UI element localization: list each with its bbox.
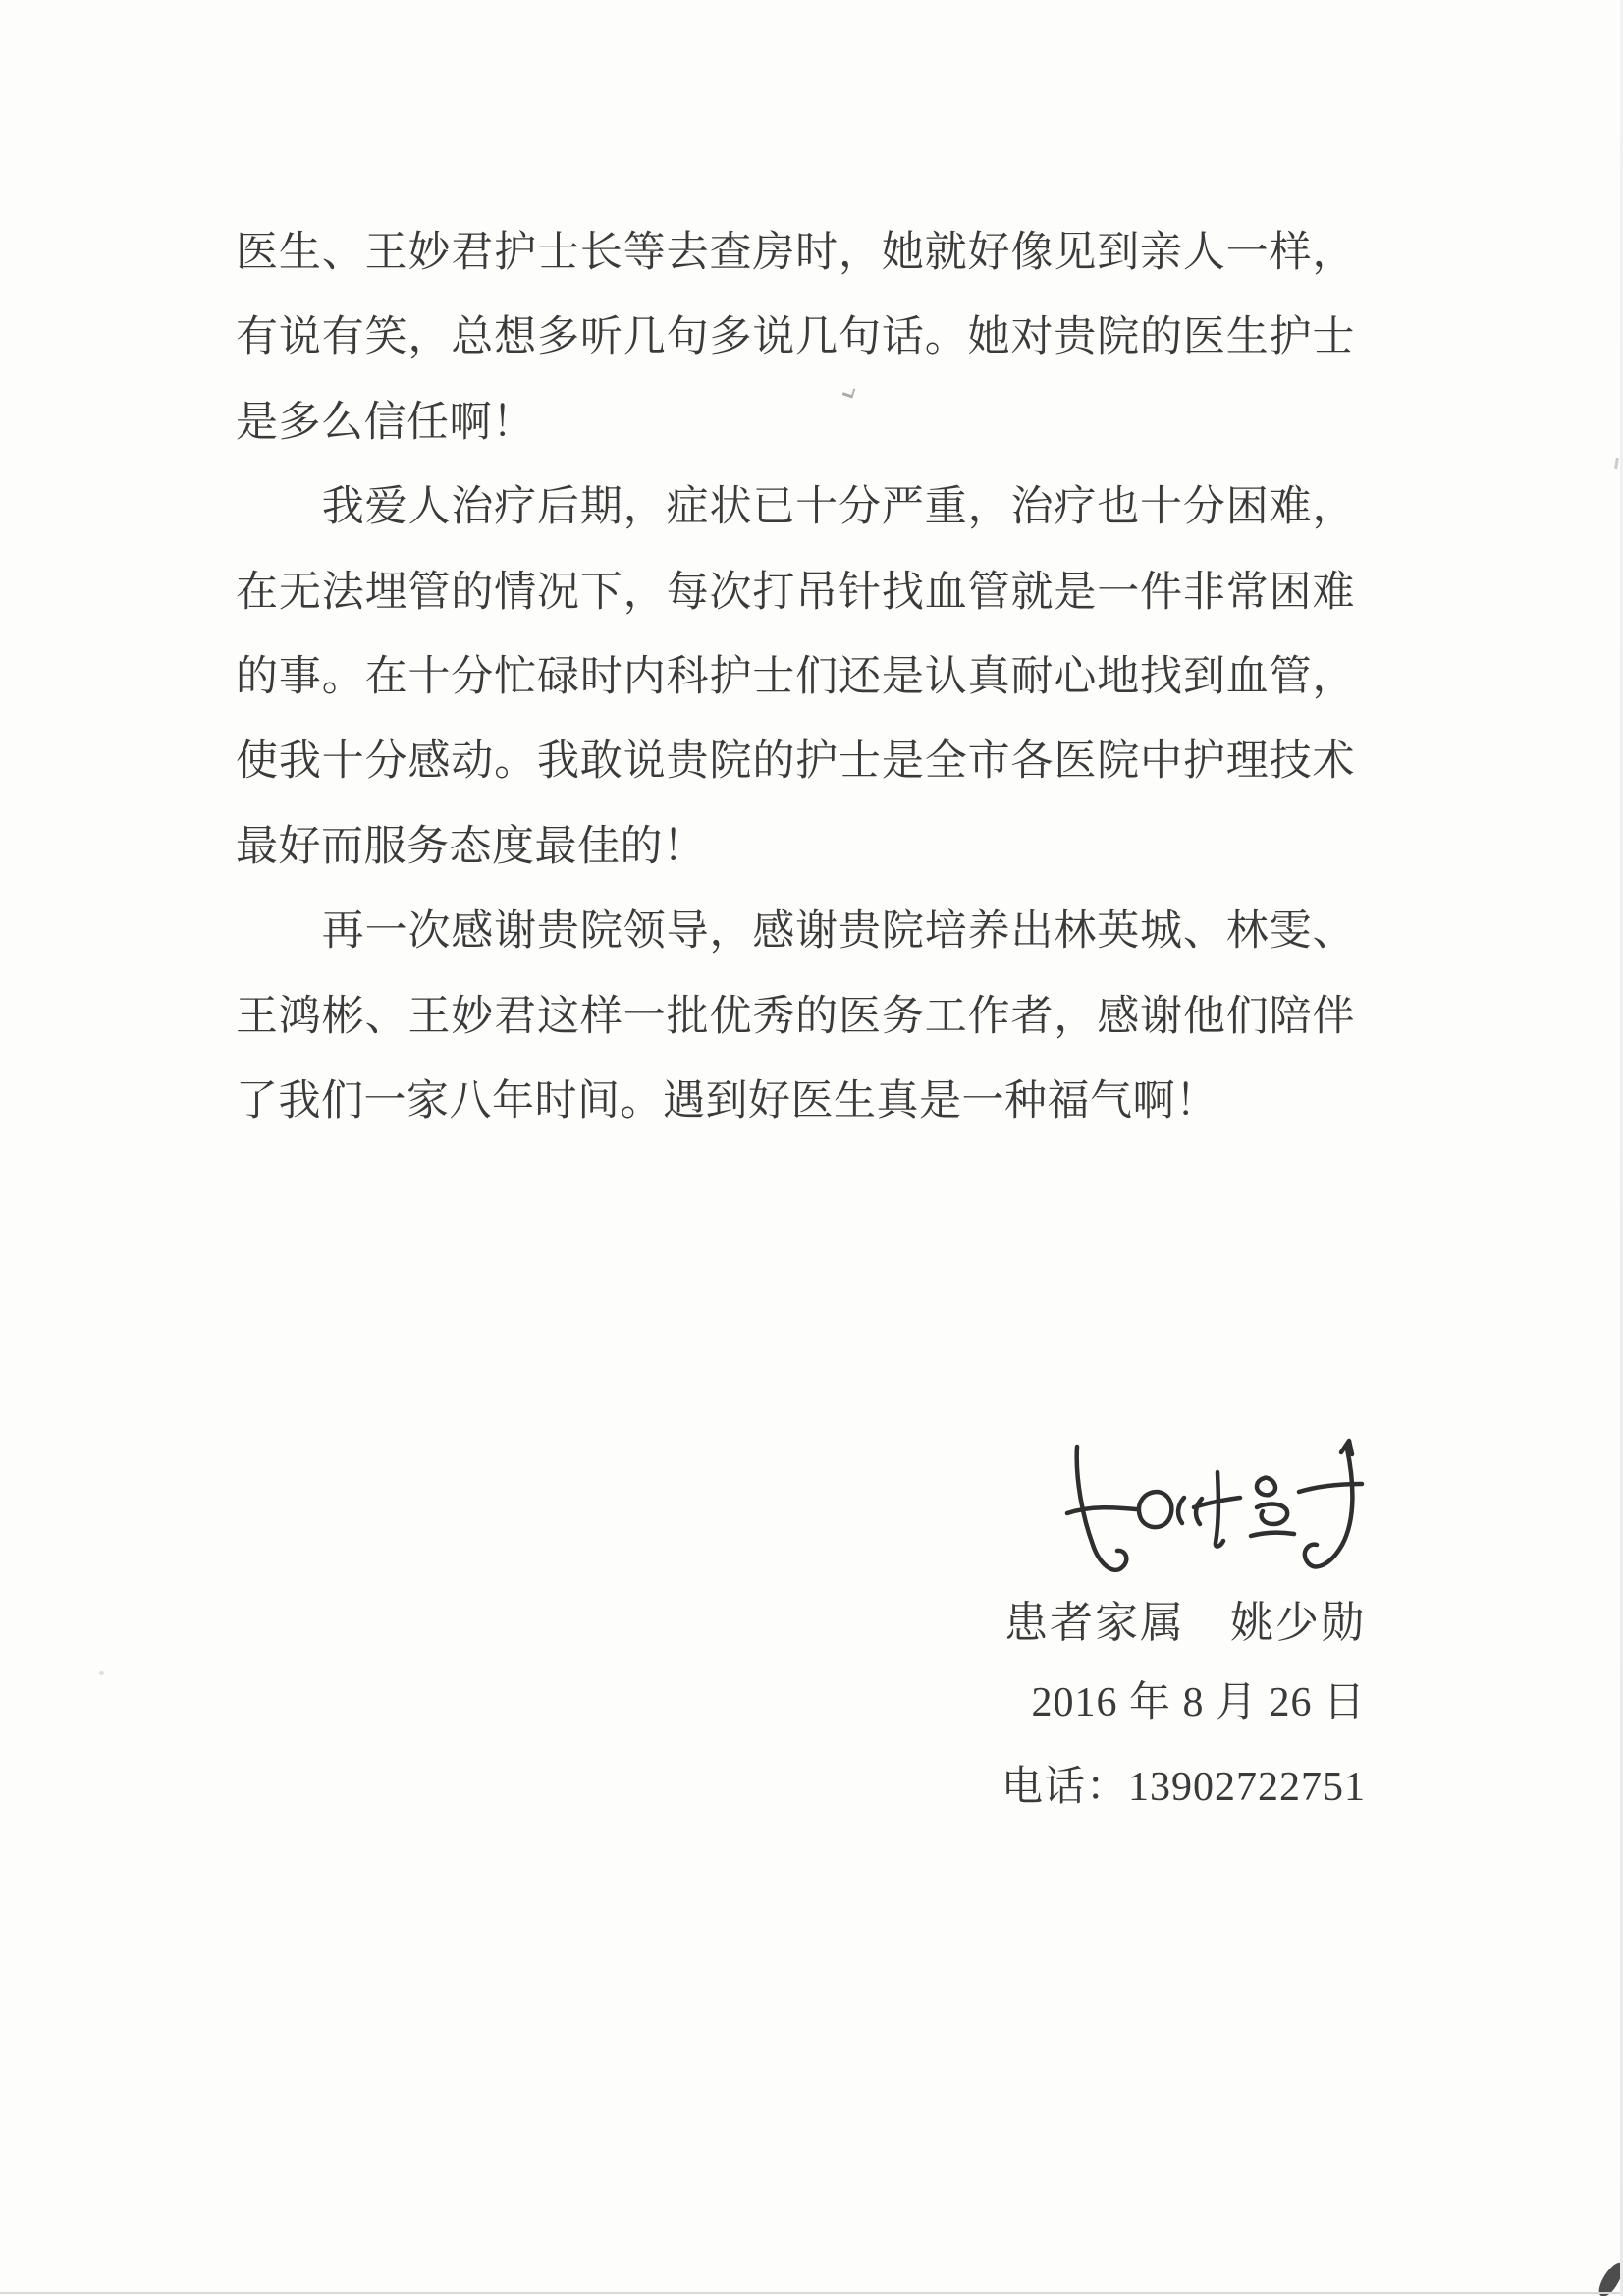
letter-line: 我爱人治疗后期，症状已十分严重，治疗也十分困难， (236, 465, 1355, 550)
letter-body: 医生、王妙君护士长等去查房时，她就好像见到亲人一样， 有说有笑，总想多听几句多说… (236, 211, 1355, 1144)
signer-line: 患者家属 姚少勋 (1004, 1587, 1366, 1650)
letter-line: 在无法埋管的情况下，每次打吊针找血管就是一件非常困难 (236, 551, 1355, 635)
letter-line: 王鸿彬、王妙君这样一批优秀的医务工作者，感谢他们陪伴 (236, 975, 1355, 1060)
scanned-letter-page: 医生、王妙君护士长等去查房时，她就好像见到亲人一样， 有说有笑，总想多听几句多说… (0, 0, 1623, 2296)
letter-line: 的事。在十分忙碌时内科护士们还是认真耐心地找到血管， (236, 635, 1355, 720)
scan-corner-mark (1595, 2261, 1623, 2296)
letter-line: 医生、王妙君护士长等去查房时，她就好像见到亲人一样， (236, 211, 1355, 296)
handwritten-signature-icon (1063, 1434, 1370, 1583)
letter-line: 是多么信任啊！ (236, 381, 1355, 465)
date-line: 2016 年 8 月 26 日 (1031, 1669, 1366, 1728)
scan-speck (1614, 458, 1619, 469)
letter-line: 再一次感谢贵院领导，感谢贵院培养出林英城、林雯、 (236, 890, 1355, 974)
letter-line: 最好而服务态度最佳的！ (236, 805, 1355, 890)
scan-speck (99, 1671, 104, 1675)
letter-line: 了我们一家八年时间。遇到好医生真是一种福气啊！ (236, 1060, 1355, 1144)
letter-line: 有说有笑，总想多听几句多说几句话。她对贵院的医生护士 (236, 296, 1355, 380)
scan-bottom-edge (0, 2292, 1623, 2294)
phone-line: 电话：13902722751 (1001, 1754, 1366, 1813)
letter-line: 使我十分感动。我敢说贵院的护士是全市各医院中护理技术 (236, 720, 1355, 804)
